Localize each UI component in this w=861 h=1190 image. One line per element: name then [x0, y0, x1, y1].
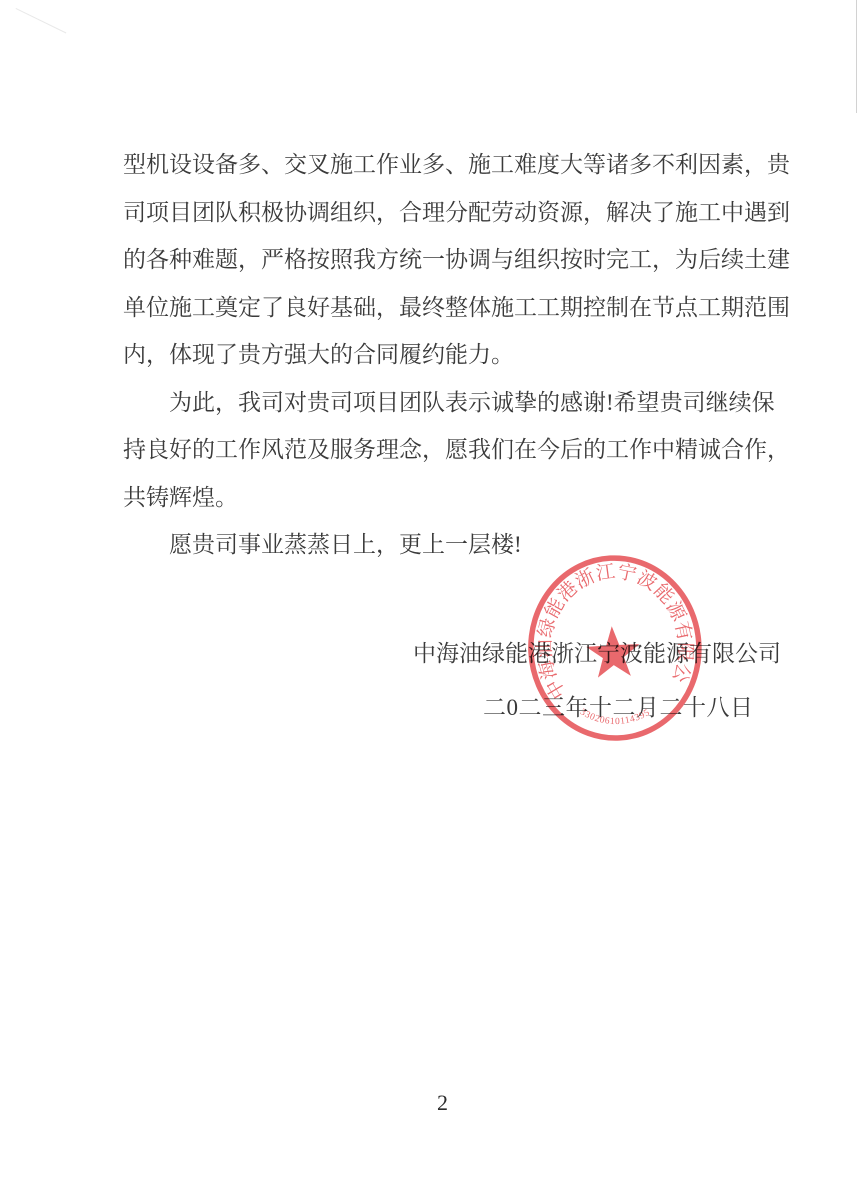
- body-line: 共铸辉煌。: [123, 474, 791, 522]
- svg-text:33020610114395: 33020610114395: [578, 704, 653, 729]
- scanned-letter-page: 型机设设备多、交叉施工作业多、施工难度大等诸多不利因素，贵 司项目团队积极协调组…: [0, 0, 861, 1190]
- seal-code-text: 33020610114395: [578, 704, 653, 729]
- letter-body: 型机设设备多、交叉施工作业多、施工难度大等诸多不利因素，贵 司项目团队积极协调组…: [123, 141, 791, 569]
- scan-artifact-line: [16, 8, 67, 33]
- seal-star-icon: [585, 625, 641, 678]
- body-line: 单位施工奠定了良好基础，最终整体施工工期控制在节点工期范围: [123, 284, 791, 332]
- scan-artifact-line: [856, 0, 857, 113]
- body-line: 型机设设备多、交叉施工作业多、施工难度大等诸多不利因素，贵: [123, 141, 791, 189]
- seal-ring-text: 中海油绿能港浙江宁波能源有限公司: [520, 547, 699, 704]
- svg-text:中海油绿能港浙江宁波能源有限公司: 中海油绿能港浙江宁波能源有限公司: [520, 547, 699, 704]
- page-number: 2: [437, 1090, 448, 1116]
- body-line: 的各种难题，严格按照我方统一协调与组织按时完工，为后续土建: [123, 236, 791, 284]
- body-line: 持良好的工作风范及服务理念，愿我们在今后的工作中精诚合作，: [123, 426, 791, 474]
- body-line: 内，体现了贵方强大的合同履约能力。: [123, 331, 791, 379]
- company-seal-stamp: 中海油绿能港浙江宁波能源有限公司 33020610114395: [520, 547, 712, 752]
- body-line: 为此，我司对贵司项目团队表示诚挚的感谢!希望贵司继续保: [123, 379, 791, 427]
- body-line: 司项目团队积极协调组织，合理分配劳动资源，解决了施工中遇到: [123, 189, 791, 237]
